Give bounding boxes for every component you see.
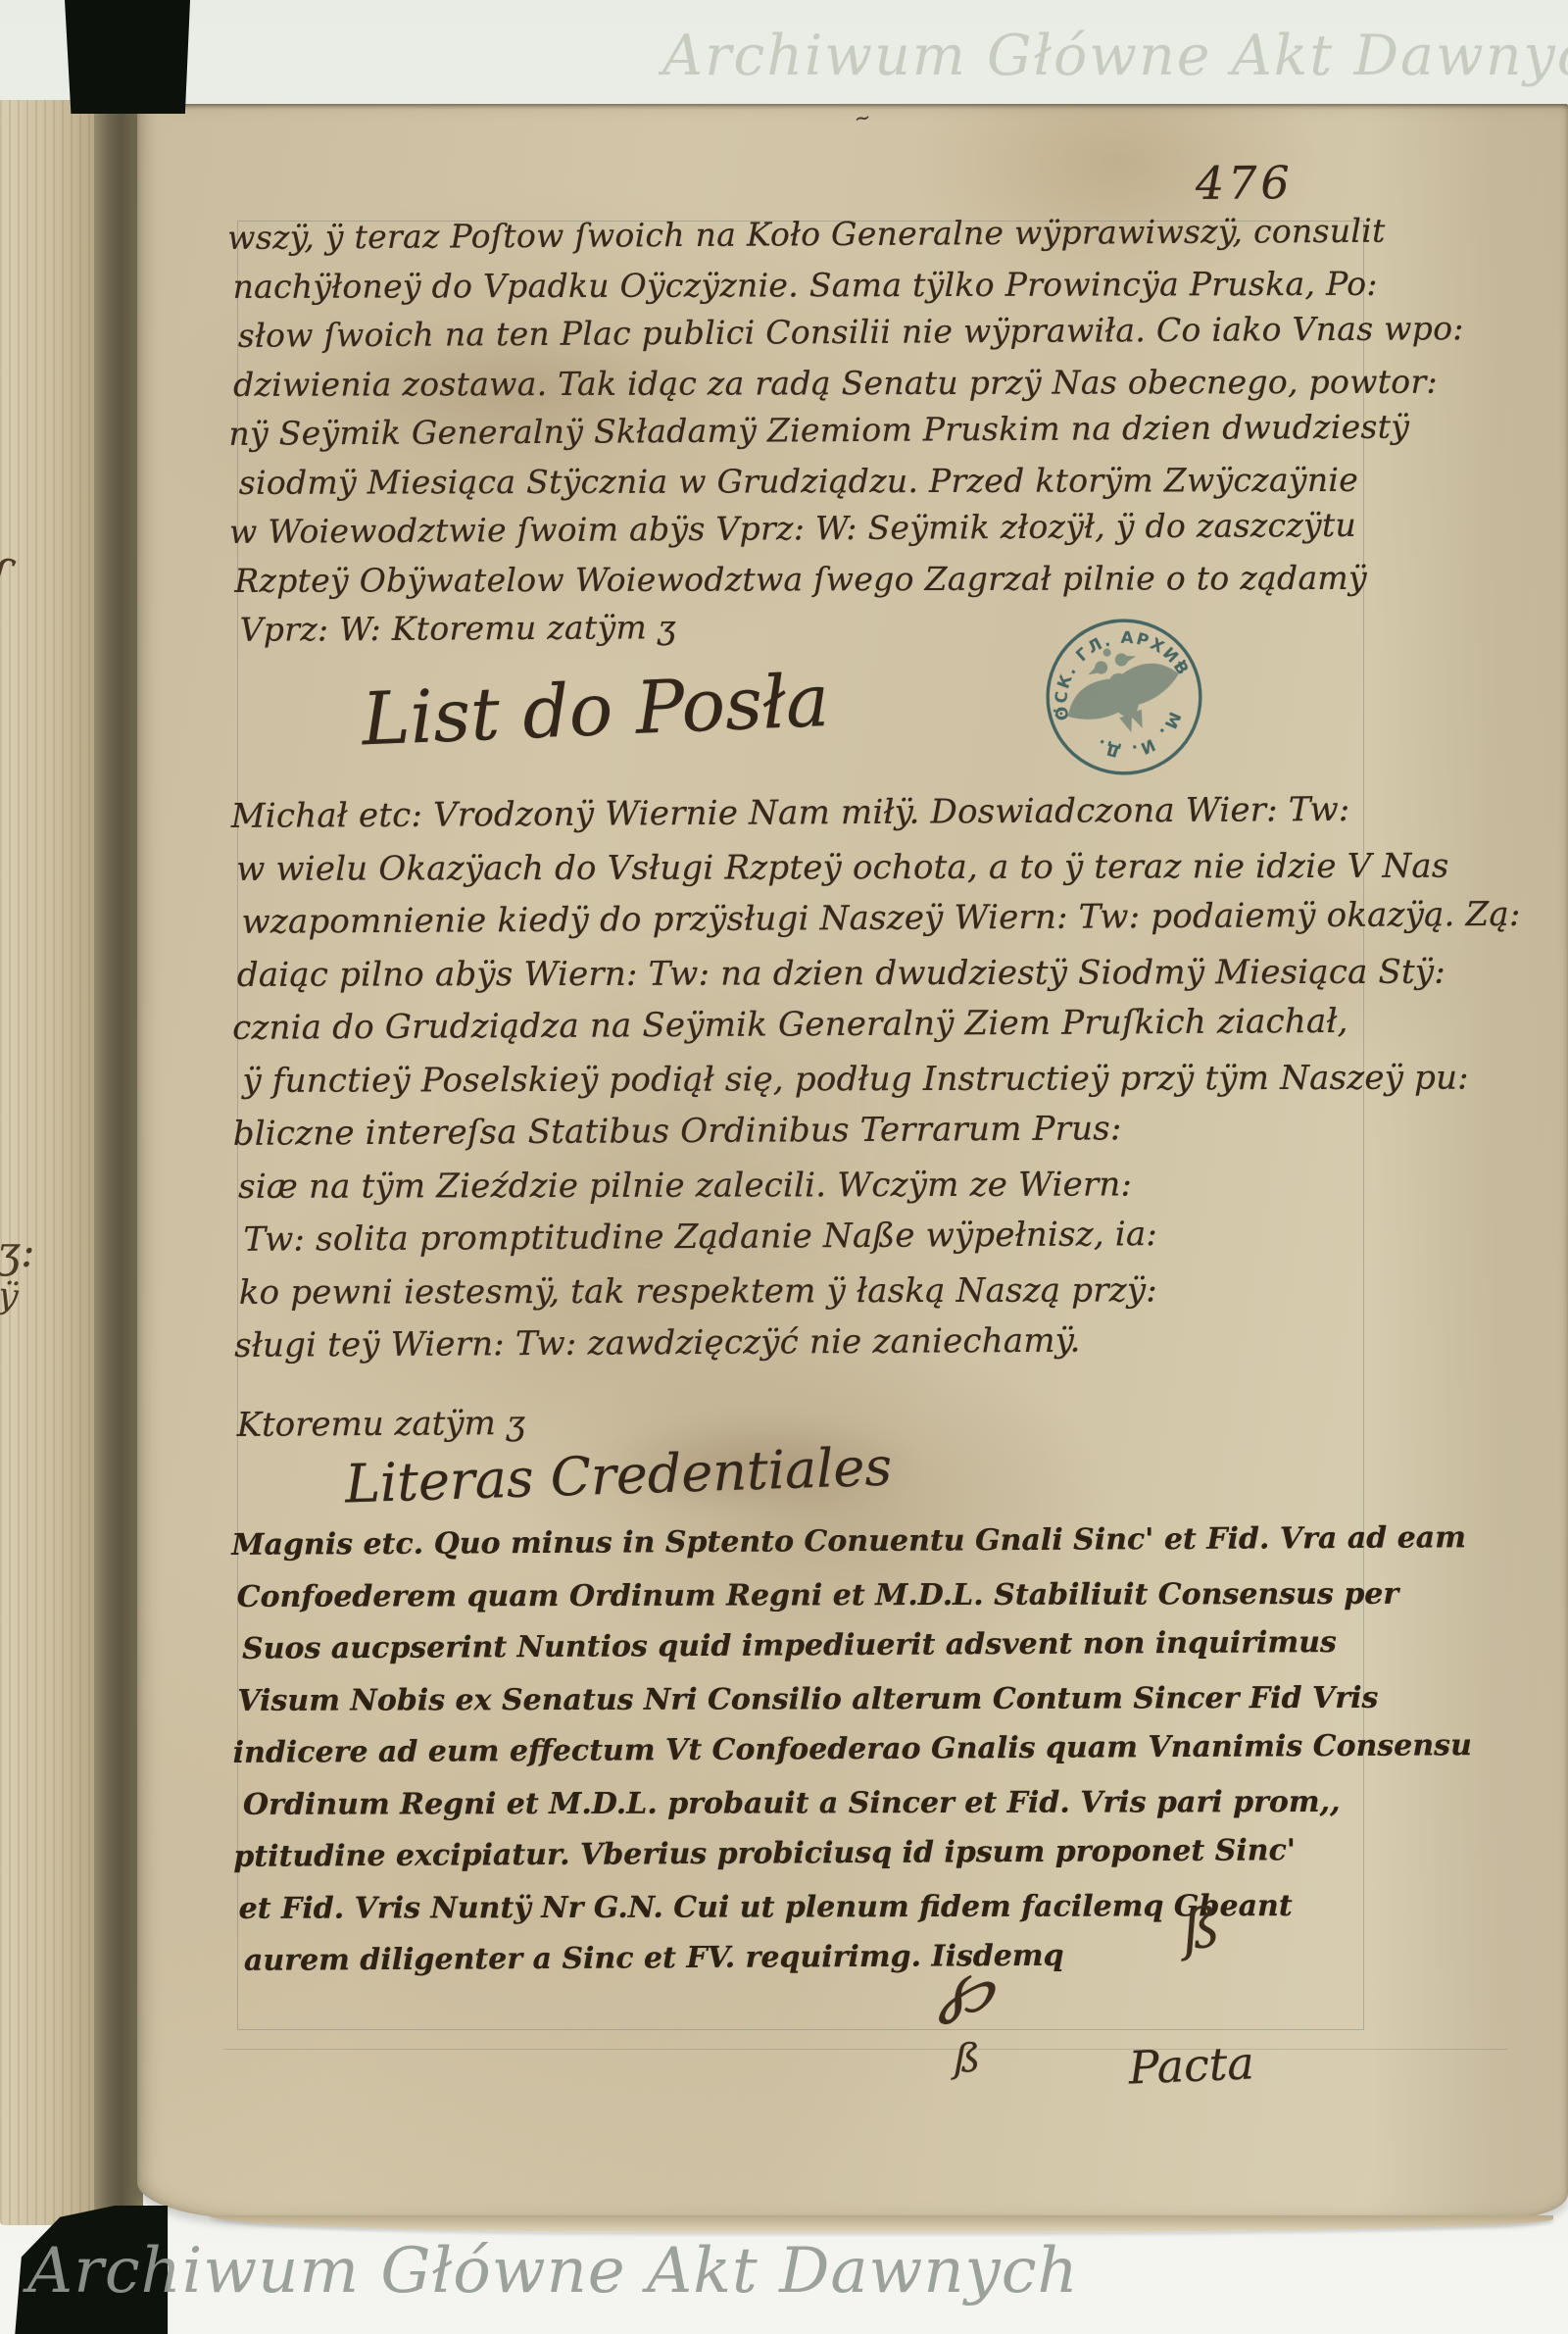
manuscript-line: ko pewni iestesmÿ, tak respektem ÿ łaską… [239,1263,1523,1318]
manuscript-line: aurem diligenter a Sinc et FV. requirimg… [244,1927,1473,1987]
manuscript-line: wszÿ, ÿ teraz Poſtow ſwoich na Koło Gene… [227,206,1463,263]
archive-watermark-top: Archiwum Główne Akt Dawnych [662,24,1568,88]
credentials-heading: Literas Credentiales [344,1435,893,1515]
letter-heading: List do Posła [361,659,831,762]
manuscript-line: Vprz: W: Ktoremu zatÿm ʒ [240,598,1466,655]
pen-flourish: ℘ [937,1941,999,2031]
pen-flourish: ß [954,2036,980,2081]
manuscript-line: w Woiewodztwie ſwoim abÿs Vprz: W: Seÿmi… [229,500,1465,557]
binding-black-bar-top [65,0,190,114]
manuscript-line: cznia do Grudziądza na Seÿmik Generalnÿ … [232,994,1521,1055]
manuscript-line: Tw: solita promptitudine Ządanie Naße wÿ… [243,1206,1522,1266]
handwriting-layer: 476 ∼ wszÿ, ÿ teraz Poſtow ſwoich na Koł… [130,100,1568,2224]
manuscript-line: słow ſwoich na ten Plac publici Consilii… [238,304,1464,361]
opening-paragraph: wszÿ, ÿ teraz Poſtow ſwoich na Koło Gene… [227,206,1466,655]
pen-flourish: ß [1179,1896,1222,1963]
manuscript-line: et Fid. Vris Nuntÿ Nr G.N. Cui ut plenum… [239,1880,1473,1935]
catchword: Pacta [1128,2036,1255,2094]
manuscript-line: dziwienia zostawa. Tak idąc za radą Sena… [233,358,1464,410]
manuscript-line: ptitudine excipiatur. Vberius probiciusq… [233,1823,1472,1883]
manuscript-line: indicere ad eum effectum Vt Confoederao … [233,1719,1472,1779]
manuscript-line: nachÿłoneÿ do Vpadku Oÿczÿznie. Sama tÿl… [232,260,1463,312]
left-page-edge [0,100,96,2225]
manuscript-line: Confoederem quam Ordinum Regni et M.D.L.… [237,1568,1471,1623]
manuscript-line: Michał etc: Vrodzonÿ Wiernie Nam miłÿ. D… [231,782,1520,843]
manuscript-line: Rzpteÿ Obÿwatelow Woiewodztwa ſwego Zagr… [234,554,1465,606]
manuscript-page: МОСК. ГЛ. АРХИВЪ М. И. Д. :: :: 476 ∼ ws… [137,104,1568,2219]
manuscript-line: sługi teÿ Wiern: Tw: zawdzięczÿć nie zan… [234,1312,1523,1372]
archive-watermark-bottom: Archiwum Główne Akt Dawnych [27,2235,1079,2308]
manuscript-line: ÿ functieÿ Poselskieÿ podiął się, podług… [242,1051,1521,1107]
margin-ink-mark: ʒ: [0,1227,35,1277]
manuscript-line: Ordinum Regni et M.D.L. probauit a Since… [243,1776,1472,1831]
manuscript-line: Magnis etc. Quo minus in Sptento Conuent… [231,1512,1470,1571]
credentials-body: Magnis etc. Quo minus in Sptento Conuent… [231,1512,1473,1987]
manuscript-line: siodmÿ Miesiąca Stÿcznia w Grudziądzu. P… [239,456,1465,508]
manuscript-line: siæ na tÿm Zieździe pilnie zalecili. Wcz… [238,1157,1522,1213]
manuscript-line: Visum Nobis ex Senatus Nri Consilio alte… [237,1672,1471,1727]
letter-closing-line: Ktoremu zatÿm ʒ [237,1404,525,1445]
manuscript-line: daiąc pilno abÿs Wiern: Tw: na dzien dwu… [237,945,1521,1001]
manuscript-scan-viewport: ʃ ʒ: ÿ МОСК. ГЛ. АРХИВЪ М. И. Д. :: :: [0,0,1568,2334]
letter-body: Michał etc: Vrodzonÿ Wiernie Nam miłÿ. D… [231,782,1524,1372]
manuscript-line: Suos aucpserint Nuntios quid impediuerit… [242,1615,1471,1675]
folio-number: 476 [1196,156,1294,210]
manuscript-line: nÿ Seÿmik Generalnÿ Składamÿ Ziemiom Pru… [228,402,1464,459]
manuscript-line: w wielu Okazÿach do Vsługi Rzpteÿ ochota… [236,839,1520,895]
manuscript-line: bliczne intereſsa Statibus Ordinibus Ter… [233,1100,1522,1161]
manuscript-line: wzapomnienie kiedÿ do przÿsługi Naszeÿ W… [241,888,1520,949]
top-edge-ink-mark: ∼ [853,105,872,130]
